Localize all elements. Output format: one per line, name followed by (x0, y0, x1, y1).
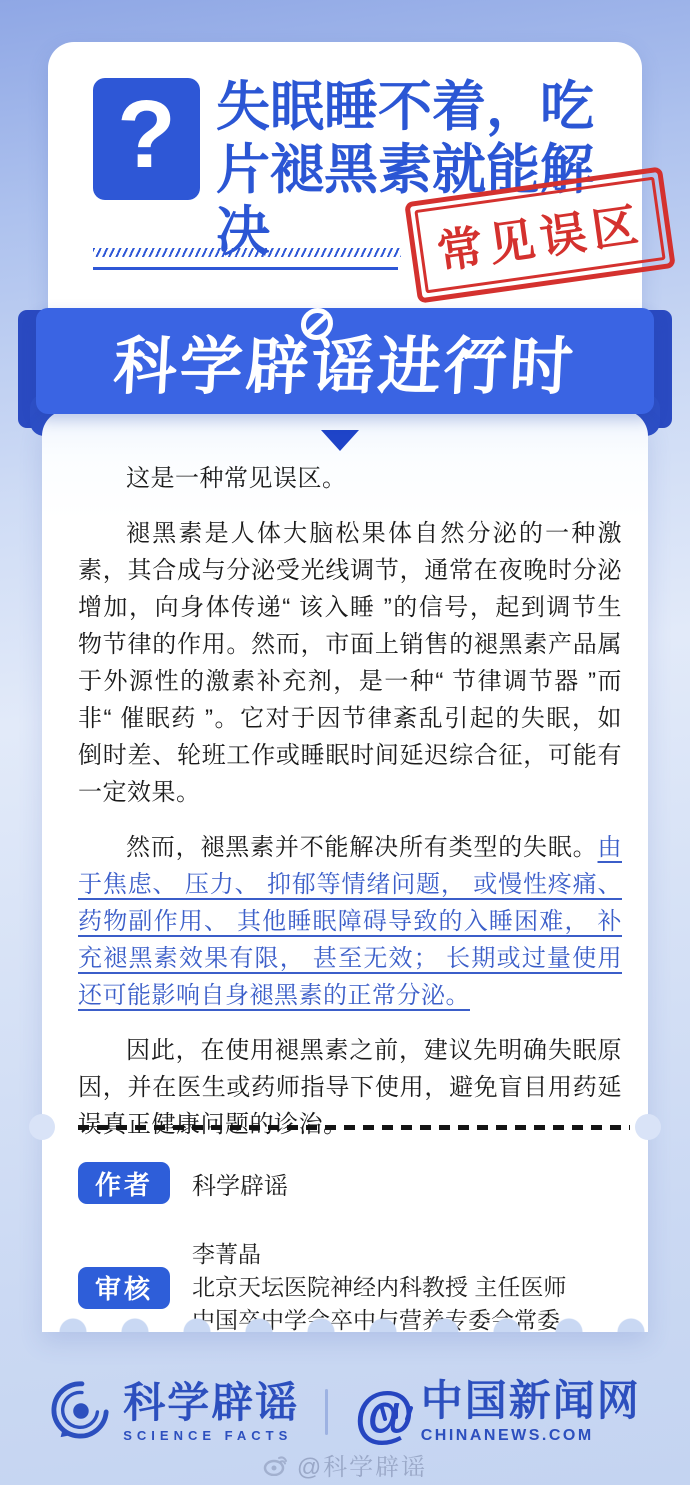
chinanews-logo: @ 中国新闻网 CHINANEWS.COM (354, 1378, 640, 1446)
scalloped-edge (42, 1313, 648, 1332)
science-facts-logo: 科学辟谣 SCIENCE FACTS (49, 1379, 299, 1446)
credits-block: 作者 科学辟谣 审核 李菁晶 北京天坛医院神经内科教授 主任医师 中国卒中学会卒… (78, 1162, 623, 1371)
section-banner-title: 科学辟谣进行时 (112, 316, 579, 407)
watermark-text: @科学辟谣 (297, 1447, 427, 1482)
chinanews-cn: 中国新闻网 (421, 1379, 641, 1423)
at-logo-icon: @ (354, 1384, 414, 1446)
question-mark-icon: ? (93, 78, 200, 200)
hatch-underline (93, 248, 401, 257)
chinanews-en: CHINANEWS.COM (421, 1427, 594, 1445)
reviewer-title-1: 北京天坛医院神经内科教授 主任医师 (192, 1271, 566, 1304)
author-name: 科学辟谣 (192, 1166, 288, 1201)
ticket-notch-right (635, 1114, 661, 1140)
speed-lines-icon (462, 304, 502, 376)
weibo-watermark: @科学辟谣 (0, 1447, 690, 1482)
spiral-logo-icon (49, 1379, 111, 1446)
paragraph-limits: 然而，褪黑素并不能解决所有类型的失眠。由于焦虑、 压力、 抑郁等情绪问题， 或慢… (78, 829, 622, 1014)
science-facts-en: SCIENCE FACTS (123, 1428, 292, 1443)
footer-logos: 科学辟谣 SCIENCE FACTS @ 中国新闻网 CHINANEWS.COM (0, 1378, 690, 1446)
solid-underline (93, 267, 398, 270)
dashed-separator (78, 1125, 630, 1130)
science-facts-cn: 科学辟谣 (123, 1381, 299, 1425)
paragraph-intro: 这是一种常见误区。 (78, 460, 622, 497)
author-badge: 作者 (78, 1162, 170, 1204)
paragraph-what-is-melatonin: 褪黑素是人体大脑松果体自然分泌的一种激素，其合成与分泌受光线调节，通常在夜晚时分… (78, 515, 622, 811)
reviewer-name: 李菁晶 (192, 1238, 566, 1271)
article-body: 这是一种常见误区。 褪黑素是人体大脑松果体自然分泌的一种激素，其合成与分泌受光线… (78, 460, 622, 1161)
down-triangle-icon (321, 430, 359, 451)
author-row: 作者 科学辟谣 (78, 1162, 623, 1204)
spark-lines-icon (380, 1370, 414, 1432)
section-banner: 科学辟谣进行时 (36, 308, 654, 414)
reviewer-badge: 审核 (78, 1267, 170, 1309)
ticket-notch-left (29, 1114, 55, 1140)
logo-divider (325, 1389, 328, 1435)
science-rumor-poster: ? 失眠睡不着，吃片褪黑素就能解决 常见误区 科学辟谣进行时 这是一种常见误区。… (0, 0, 690, 1485)
content-card: 这是一种常见误区。 褪黑素是人体大脑松果体自然分泌的一种激素，其合成与分泌受光线… (42, 410, 648, 1332)
weibo-icon (263, 1454, 289, 1476)
